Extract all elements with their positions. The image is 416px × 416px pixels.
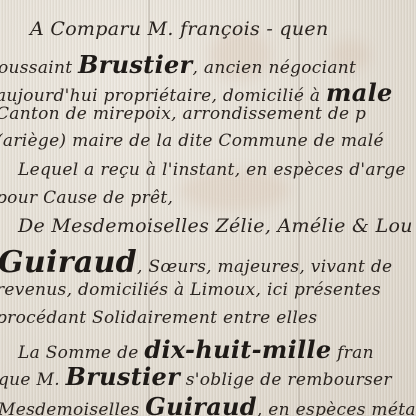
text-line-6: Lequel a reçu à l'instant, en espèces d'… — [18, 160, 406, 180]
text-fragment: , en espèces méta — [257, 400, 416, 416]
text-fragment: , Sœurs, majeures, vivant de — [137, 257, 392, 277]
text-fragment: revenus, domiciliés à Limoux, ici présen… — [0, 280, 381, 300]
text-fragment: s'oblige de rembourser — [180, 370, 392, 390]
text-line-13: que M. Brustier s'oblige de rembourser — [0, 362, 392, 391]
text-line-8: De Mesdemoiselles Zélie, Amélie & Lou — [18, 215, 413, 237]
name-brustier: Brustier — [66, 362, 180, 391]
text-fragment: aujourd'hui propriétaire, domicilié à — [0, 86, 326, 106]
text-fragment: pour Cause de prêt, — [0, 188, 173, 208]
text-line-9: Guiraud, Sœurs, majeures, vivant de — [0, 245, 392, 280]
name-guiraud: Guiraud — [145, 392, 257, 416]
text-line-11: procédant Solidairement entre elles — [0, 308, 317, 328]
text-fragment: M. françois - quen — [141, 18, 328, 40]
text-line-2: oussaint Brustier, ancien négociant — [0, 50, 356, 79]
text-fragment: procédant Solidairement entre elles — [0, 308, 317, 328]
text-fragment: oussaint — [0, 58, 78, 78]
text-fragment: fran — [331, 343, 373, 363]
text-line-4: Canton de mirepoix, arrondissement de p — [0, 104, 366, 124]
text-fragment: Mesdemoiselles — [0, 400, 145, 416]
text-line-14: Mesdemoiselles Guiraud, en espèces méta — [0, 392, 416, 416]
name-guiraud: Guiraud — [0, 245, 137, 280]
text-line-10: revenus, domiciliés à Limoux, ici présen… — [0, 280, 381, 300]
document-page: A Comparu M. françois - quen oussaint Br… — [0, 0, 416, 416]
text-fragment: (ariège) maire de la dite Commune de mal… — [0, 131, 384, 151]
text-line-5: (ariège) maire de la dite Commune de mal… — [0, 131, 384, 151]
text-fragment: que M. — [0, 370, 66, 390]
place-male: male — [326, 78, 393, 107]
text-fragment: La Somme de — [18, 343, 144, 363]
text-line-1: A Comparu M. françois - quen — [30, 18, 329, 40]
text-line-3: aujourd'hui propriétaire, domicilié à ma… — [0, 78, 393, 107]
text-line-12: La Somme de dix-huit-mille fran — [18, 335, 374, 364]
text-fragment: Canton de mirepoix, arrondissement de p — [0, 104, 366, 124]
text-fragment: De Mesdemoiselles Zélie, Amélie & Lou — [18, 215, 413, 237]
text-line-7: pour Cause de prêt, — [0, 188, 173, 208]
text-fragment: , ancien négociant — [193, 58, 357, 78]
name-brustier: Brustier — [78, 50, 192, 79]
text-fragment: A Comparu — [30, 18, 141, 40]
text-fragment: Lequel a reçu à l'instant, en espèces d'… — [18, 160, 406, 180]
amount-text: dix-huit-mille — [144, 335, 331, 364]
